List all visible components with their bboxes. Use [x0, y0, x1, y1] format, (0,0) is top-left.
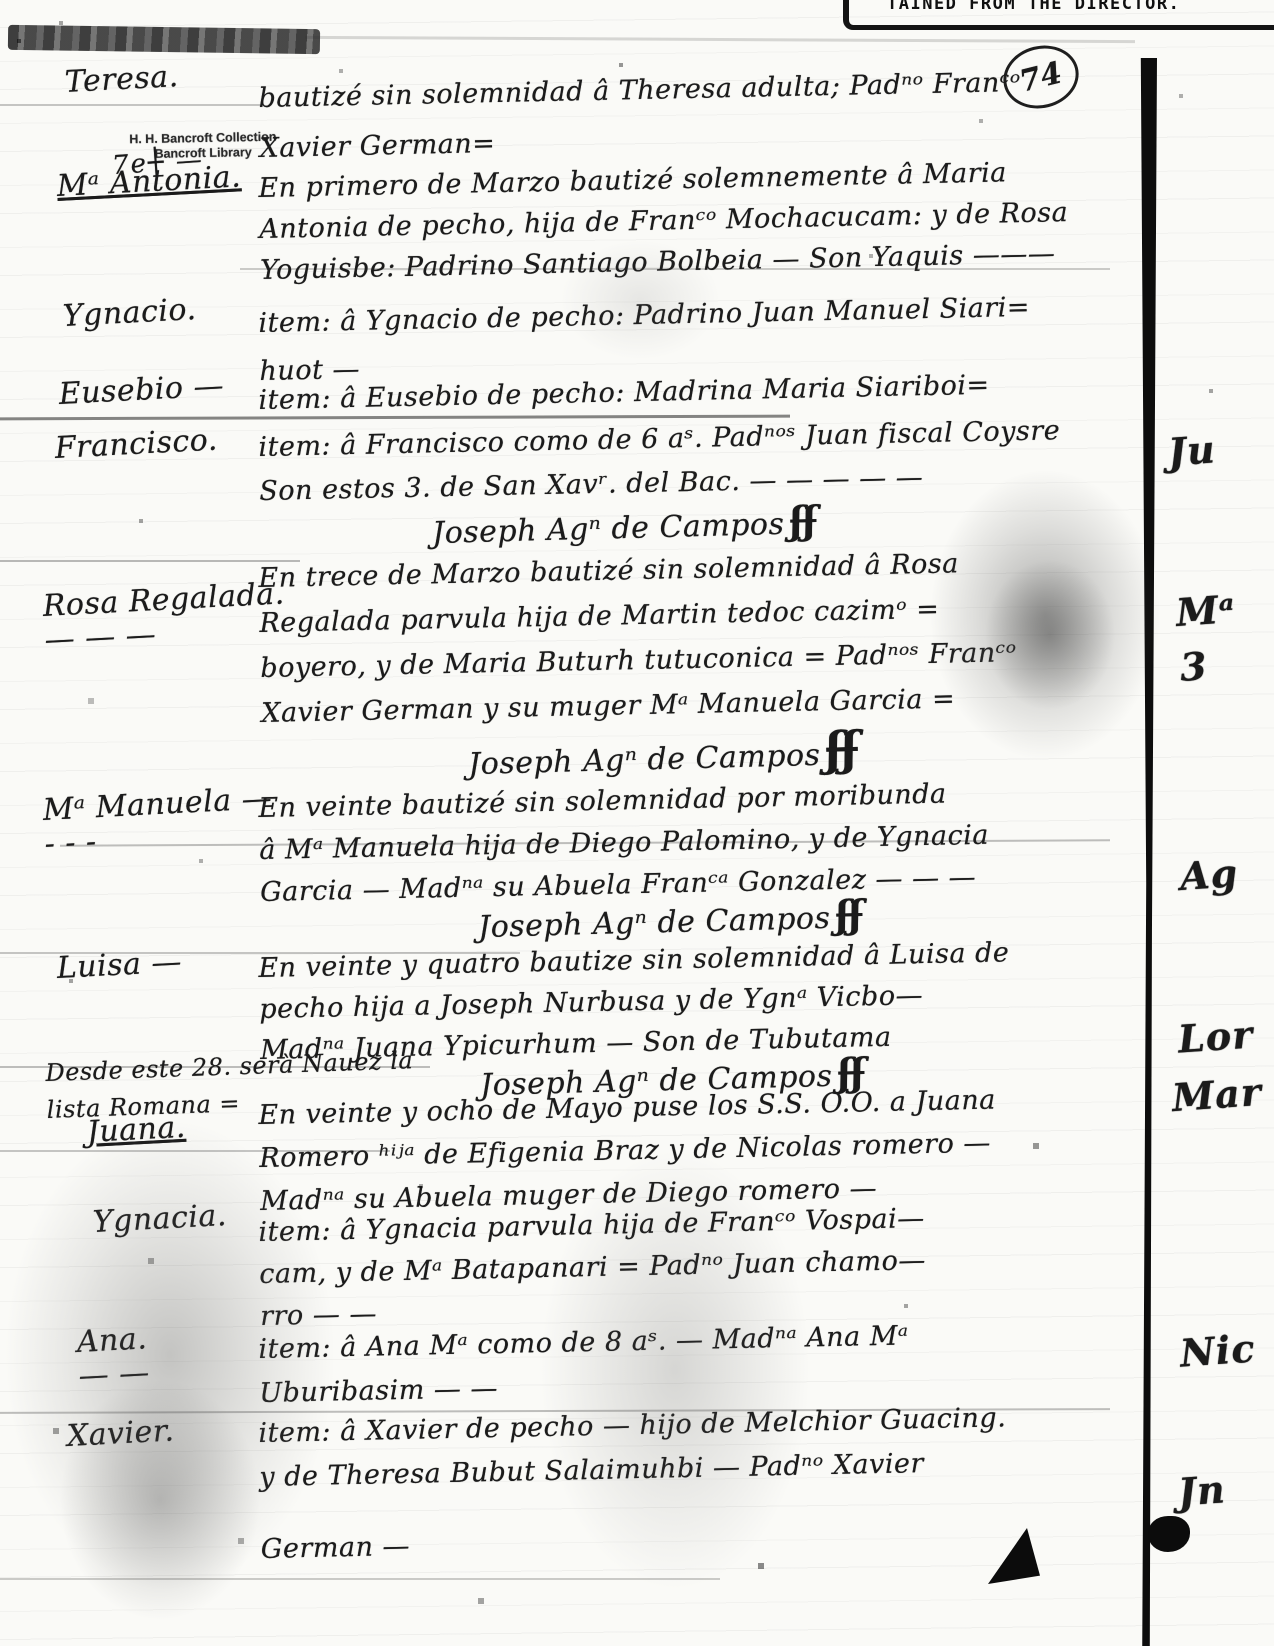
- margin-name-ma-manuela: Mᵃ Manuela — ‑ ‑ ‑: [42, 782, 275, 862]
- scan-smudge-band: [8, 25, 320, 54]
- signature-text: Joseph Agⁿ de Campos: [468, 738, 821, 782]
- facing-page-fragment: Mᵃ: [1175, 586, 1238, 635]
- margin-name-eusebio: Eusebio —: [58, 369, 225, 412]
- baptism-entry-ma-manuela: En veinte bautizé sin solemnidad por mor…: [258, 771, 1070, 914]
- facing-page-fragment: Ju: [1166, 426, 1217, 474]
- baptism-entry-xavier: item: â Xavier de pecho — hijo de Melchi…: [258, 1395, 1071, 1572]
- baptism-entry-rosa-regalada: En trece de Marzo bautizé sin solemnidad…: [258, 539, 1072, 736]
- scan-line: [0, 1578, 720, 1580]
- margin-name-ygnacia: Ygnacia.: [92, 1199, 228, 1240]
- margin-name-luisa: Luisa —: [56, 945, 183, 986]
- facing-page-fragment: Lor: [1177, 1011, 1255, 1061]
- scan-noise: [0, 0, 2, 2]
- scan-line: [0, 560, 300, 562]
- margin-name-xavier: Xavier.: [66, 1414, 175, 1454]
- manuscript-page: TAINED FROM THE DIRECTOR. 74 H. H. Bancr…: [0, 0, 1274, 1646]
- signature-rubric: ʃʃ: [826, 721, 859, 776]
- signature-text: Joseph Agⁿ de Campos: [432, 507, 785, 551]
- priest-signature: Joseph Agⁿ de Camposʃʃ: [467, 721, 858, 785]
- facing-page-fragment: 3: [1178, 643, 1209, 690]
- margin-name-juana: Juana.: [86, 1111, 187, 1150]
- ink-blot: [1148, 1516, 1190, 1552]
- facing-page-fragment: Jn: [1176, 1466, 1227, 1514]
- director-stamp-text: TAINED FROM THE DIRECTOR.: [887, 0, 1180, 14]
- facing-page-fragment: Mar: [1171, 1069, 1264, 1120]
- margin-name-teresa: Teresa.: [64, 60, 179, 100]
- signature-rubric: ʃʃ: [790, 497, 817, 543]
- baptism-entry-francisco: item: â Francisco como de 6 aˢ. Padⁿᵒˢ J…: [258, 409, 1070, 514]
- binding-shadow-bar: [1139, 58, 1157, 1646]
- margin-name-francisco: Francisco.: [54, 423, 219, 465]
- scan-line: [305, 36, 1135, 43]
- margin-name-rosa-regalada: Rosa Regalada. — — —: [42, 577, 287, 658]
- facing-page-fragment: Nic: [1179, 1325, 1257, 1375]
- margin-name-ana: Ana. — —: [76, 1322, 151, 1394]
- margin-name-ma-antonia: Mᵃ Antonia.: [56, 160, 242, 204]
- priest-signature: Joseph Agⁿ de Camposʃʃ: [431, 497, 817, 552]
- manuscript-line: German —: [260, 1511, 1071, 1572]
- scan-line: [0, 104, 260, 106]
- signature-rubric: ʃʃ: [836, 891, 863, 937]
- margin-name-ygnacio: Ygnacio.: [62, 293, 197, 334]
- facing-page-fragment: Ag: [1179, 850, 1240, 899]
- baptism-entry-ma-antonia: En primero de Marzo bautizé solemnemente…: [258, 151, 1070, 291]
